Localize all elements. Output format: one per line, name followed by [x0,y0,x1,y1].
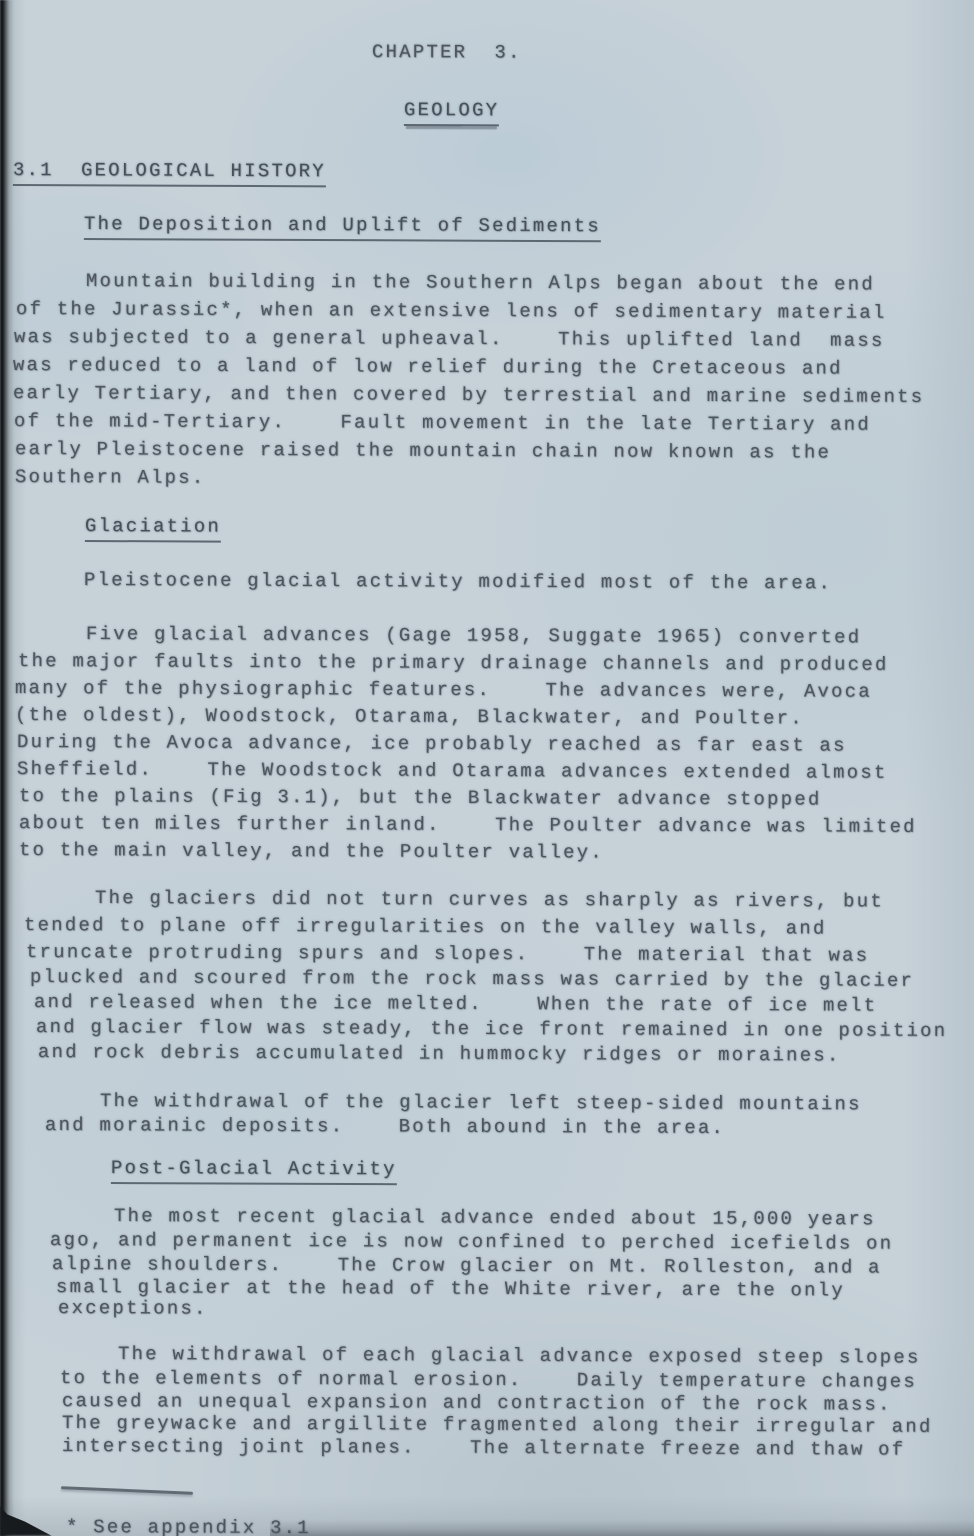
subheading-glaciation: Glaciation [85,516,221,543]
text-line: to the main valley, and the Poulter vall… [19,840,604,864]
text-line: alpine shoulders. The Crow glacier on Mt… [52,1254,882,1279]
text-line: of the mid-Tertiary. Fault movement in t… [14,411,871,436]
chapter-line: CHAPTER 3. [372,42,522,64]
text-line: exceptions. [58,1298,208,1320]
document-title: GEOLOGY [404,100,499,126]
text-line: Southern Alps. [15,467,206,489]
text-line: The withdrawal of the glacier left steep… [100,1091,862,1115]
text-line: ago, and permanent ice is now confined t… [50,1230,893,1255]
text-line: early Pleistocene raised the mountain ch… [15,439,831,464]
text-line: The glaciers did not turn curves as shar… [95,888,884,912]
text-line: The withdrawal of each glacial advance e… [118,1344,921,1369]
text-line: early Tertiary, and then covered by terr… [13,383,924,408]
text-line: the major faults into the primary draina… [18,651,889,676]
text-line: to the elements of normal erosion. Daily… [60,1368,917,1393]
text-line: and released when the ice melted. When t… [34,992,877,1017]
text-line: and morainic deposits. Both abound in th… [45,1115,725,1139]
text-line: tended to plane off irregularities on th… [24,915,827,940]
text-line: plucked and scoured from the rock mass w… [30,967,914,992]
footnote-separator-rule [61,1486,193,1495]
text-line: During the Avoca advance, ice probably r… [17,732,847,757]
text-line: Pleistocene glacial activity modified mo… [84,570,832,594]
text-line: and rock debris accumulated in hummocky … [38,1042,841,1067]
text-line: Sheffield. The Woodstock and Otarama adv… [17,759,888,784]
subheading-post-glacial: Post-Glacial Activity [111,1158,397,1185]
text-line: (the oldest), Woodstock, Otarama, Blackw… [15,705,804,729]
text-line: truncate protruding spurs and slopes. Th… [26,942,869,967]
text-line: The most recent glacial advance ended ab… [114,1206,876,1230]
footnote-text: * See appendix 3.1 [66,1517,311,1536]
text-line: many of the physiographic features. The … [15,678,872,703]
text-line: intersecting joint planes. The alternate… [62,1436,905,1461]
text-line: The greywacke and argillite fragmented a… [62,1413,933,1438]
text-line: of the Jurassic*, when an extensive lens… [16,299,887,324]
text-line: was subjected to a general upheaval. Thi… [14,327,885,352]
scan-edge-shadow-left [0,0,14,1536]
subheading-deposition: The Deposition and Uplift of Sediments [84,214,601,242]
scan-edge-shadow-bottom [270,1520,974,1536]
text-line: Mountain building in the Southern Alps b… [86,271,875,295]
text-line: and glacier flow was steady, the ice fro… [36,1017,947,1042]
text-line: Five glacial advances (Gage 1958, Suggat… [86,624,861,648]
document-page: CHAPTER 3.GEOLOGY3.1 GEOLOGICAL HISTORYT… [0,0,974,1536]
section-heading: 3.1 GEOLOGICAL HISTORY [13,160,326,187]
scanned-page-photo: { "document": { "chapter_line": "CHAPTER… [0,0,974,1536]
text-line: to the plains (Fig 3.1), but the Blackwa… [19,786,822,811]
text-line: was reduced to a land of low relief duri… [13,355,843,380]
text-line: about ten miles further inland. The Poul… [19,813,917,838]
